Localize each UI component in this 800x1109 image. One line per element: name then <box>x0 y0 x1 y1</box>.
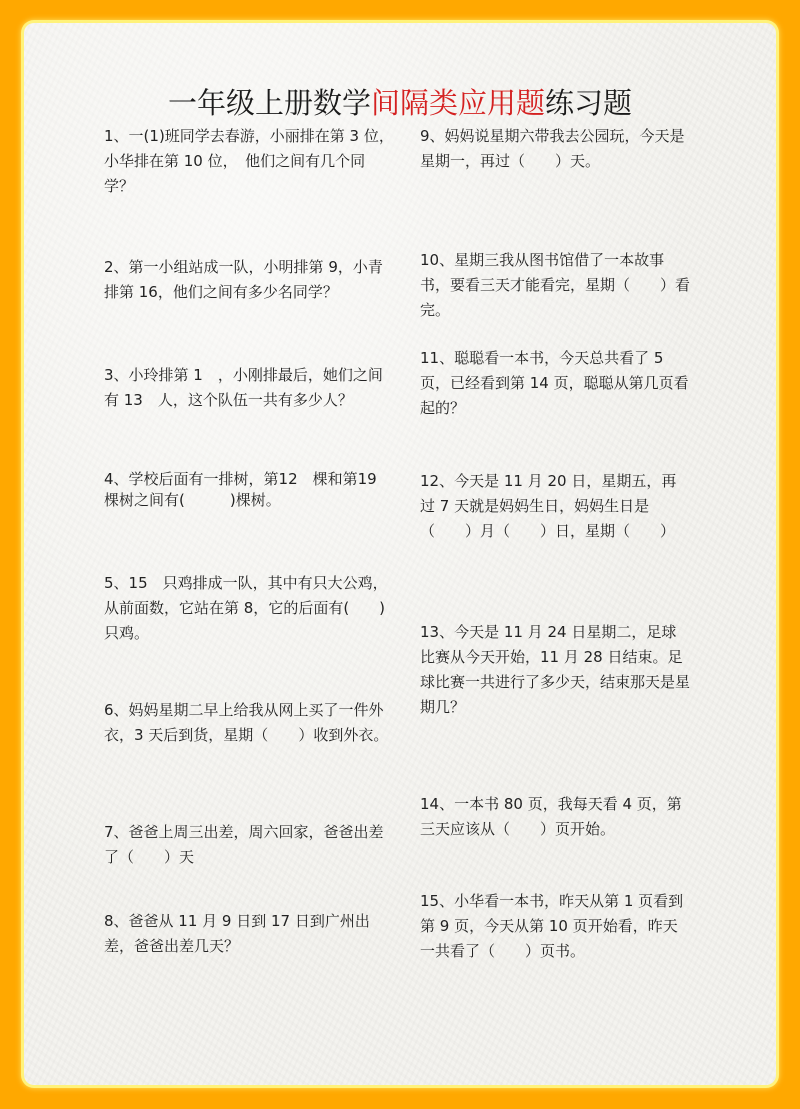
question-7: 7、爸爸上周三出差，周六回家，爸爸出差了（ ）天 <box>104 820 394 870</box>
question-3: 3、小玲排第 1 ，小刚排最后，她们之间有 13 人，这个队伍一共有多少人？ <box>104 363 394 413</box>
question-15: 15、小华看一本书，昨天从第 1 页看到第 9 页，今天从第 10 页开始看，昨… <box>420 889 690 964</box>
question-9: 9、妈妈说星期六带我去公园玩，今天是星期一，再过（ ）天。 <box>420 124 690 174</box>
question-13: 13、今天是 11 月 24 日星期二，足球比赛从今天开始，11 月 28 日结… <box>420 620 690 720</box>
question-2: 2、第一小组站成一队，小明排第 9，小青排第 16，他们之间有多少名同学？ <box>104 255 394 305</box>
question-14: 14、一本书 80 页，我每天看 4 页，第三天应该从（ ）页开始。 <box>420 792 690 842</box>
page-title: 一年级上册数学间隔类应用题练习题 <box>0 81 800 122</box>
question-12: 12、今天是 11 月 20 日，星期五，再过 7 天就是妈妈生日，妈妈生日是（… <box>420 469 690 544</box>
title-prefix: 一年级上册数学 <box>168 86 371 120</box>
question-11: 11、聪聪看一本书，今天总共看了 5 页，已经看到第 14 页，聪聪从第几页看起… <box>420 346 690 421</box>
title-highlight: 间隔类应用题 <box>371 86 545 120</box>
question-10: 10、星期三我从图书馆借了一本故事书，要看三天才能看完，星期（ ）看完。 <box>420 248 690 323</box>
question-1: 1、一(1)班同学去春游，小丽排在第 3 位，小华排在第 10 位， 他们之间有… <box>104 124 394 199</box>
question-6: 6、妈妈星期二早上给我从网上买了一件外衣，3 天后到货，星期（ ）收到外衣。 <box>104 698 394 748</box>
title-suffix: 练习题 <box>545 86 632 120</box>
question-8: 8、爸爸从 11 月 9 日到 17 日到广州出差，爸爸出差几天？ <box>104 909 394 959</box>
question-5: 5、15 只鸡排成一队，其中有只大公鸡，从前面数，它站在第 8，它的后面有( )… <box>104 571 394 646</box>
question-4: 4、学校后面有一排树，第12 棵和第19 棵树之间有( )棵树。 <box>104 469 394 511</box>
